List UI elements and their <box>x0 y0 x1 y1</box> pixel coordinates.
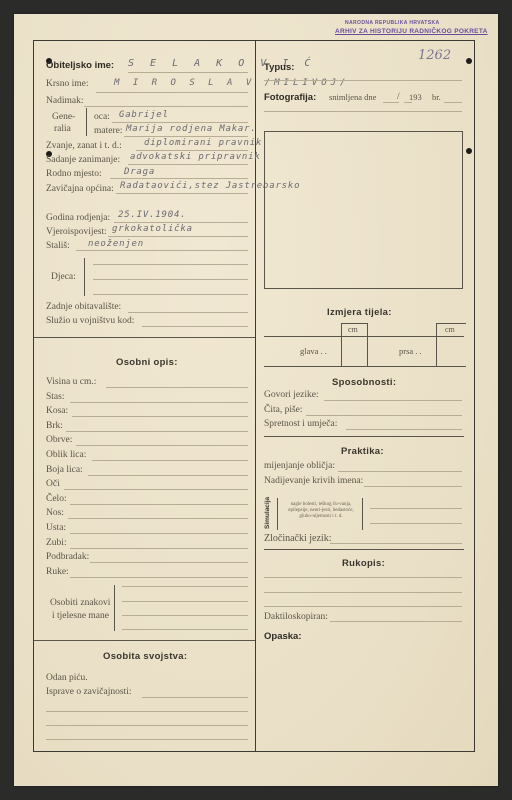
field-input-line[interactable] <box>70 577 248 578</box>
stamp-line-1: NARODNA REPUBLIKA HRVATSKA <box>345 20 439 26</box>
underline <box>122 601 248 602</box>
field-label: Kosa: <box>46 406 68 416</box>
underline <box>128 72 248 73</box>
head-unit: cm <box>348 325 358 334</box>
field-input-line[interactable] <box>364 486 462 487</box>
simulation-text: nagle bolesti, teškog ču-vanja, epilepsi… <box>282 502 360 520</box>
field-input-line[interactable] <box>72 416 248 417</box>
field-input-line[interactable] <box>106 387 248 388</box>
simulation-bracket-right <box>362 498 363 530</box>
religion-value[interactable]: grkokatolička <box>112 224 193 234</box>
field-input-line[interactable] <box>90 562 248 563</box>
underline <box>383 102 399 103</box>
generalia-bracket <box>86 108 87 136</box>
underline <box>136 150 248 151</box>
section-divider <box>264 549 464 550</box>
underline <box>110 178 248 179</box>
underline <box>370 523 462 524</box>
underline <box>264 80 462 81</box>
field-input-line[interactable] <box>70 533 248 534</box>
record-number: 1262 <box>418 48 451 63</box>
underline <box>122 629 248 630</box>
underline <box>264 111 462 112</box>
occupation-label: Zvanje, zanat i t. d.: <box>46 141 122 151</box>
underline <box>116 193 248 194</box>
special-marks-label-2: i tjelesne mane <box>52 611 109 621</box>
photo-year: 193 <box>409 92 422 102</box>
chest-label: prsa . . <box>399 346 422 356</box>
practice-title: Praktika: <box>341 446 384 457</box>
occupation-value[interactable]: diplomirani pravnik <box>144 138 262 148</box>
underline <box>46 725 248 726</box>
underline <box>84 106 248 107</box>
field-label: Podbradak: <box>46 552 89 562</box>
stamp-line-2: ARHIV ZA HISTORIJU RADNIČKOG POKRETA <box>335 28 488 35</box>
field-input-line[interactable] <box>66 431 248 432</box>
simulation-label: Simulacija <box>264 497 271 529</box>
field-label: Oblik lica: <box>46 450 86 460</box>
underline <box>264 592 462 593</box>
underline <box>96 92 248 93</box>
field-input-line[interactable] <box>70 402 248 403</box>
birth-year-label: Godina rodjenja: <box>46 213 110 223</box>
underline <box>124 136 248 137</box>
underline <box>370 508 462 509</box>
photo-number-label: br. <box>432 92 441 102</box>
underline <box>114 222 248 223</box>
status-label: Stališ: <box>46 241 70 251</box>
status-value[interactable]: neoženjen <box>88 239 144 249</box>
underline <box>264 606 462 607</box>
field-label: Boja lica: <box>46 465 83 475</box>
generalia-label-2: ralia <box>54 124 71 134</box>
field-label: mijenjanje obličja: <box>264 461 335 471</box>
type-label: Typus: <box>264 62 294 73</box>
field-label: Govori jezike: <box>264 390 319 400</box>
underline <box>142 697 248 698</box>
chest-unit: cm <box>445 325 455 334</box>
family-name-label: Obiteljsko ime: <box>46 60 114 71</box>
underline <box>128 164 248 165</box>
section-divider <box>34 640 255 641</box>
underline <box>404 102 412 103</box>
last-residence-label: Zadnje obitavalište: <box>46 302 121 312</box>
underline <box>46 739 248 740</box>
field-input-line[interactable] <box>70 548 248 549</box>
field-label: Nadijevanje krivih imena: <box>264 476 363 486</box>
mother-value[interactable]: Marija rodjena Makar. <box>126 124 257 134</box>
field-label: Čita, piše: <box>264 405 303 415</box>
field-input-line[interactable] <box>324 400 462 401</box>
birth-year-value[interactable]: 25.IV.1904. <box>118 210 186 220</box>
birthplace-label: Rodno mjesto: <box>46 169 102 179</box>
field-input-line[interactable] <box>92 460 248 461</box>
underline <box>330 543 462 544</box>
photo-label: Fotografija: <box>264 92 316 103</box>
field-label: Obrve: <box>46 435 72 445</box>
field-label: Spretnost i umječa: <box>264 419 337 429</box>
field-input-line[interactable] <box>346 429 462 430</box>
section-divider <box>264 436 464 437</box>
current-job-value[interactable]: advokatski pripravnik <box>130 152 261 162</box>
underline <box>108 236 248 237</box>
field-input-line[interactable] <box>68 518 248 519</box>
field-input-line[interactable] <box>338 471 462 472</box>
underline <box>93 279 248 280</box>
underline <box>122 586 248 587</box>
personal-description-title: Osobni opis: <box>116 357 178 368</box>
special-marks-bracket <box>114 585 115 631</box>
simulation-bracket-left <box>277 498 278 530</box>
father-label: oca: <box>94 112 110 122</box>
remark-label: Opaska: <box>264 631 302 642</box>
abilities-title: Sposobnosti: <box>332 377 396 388</box>
field-label: Zubi: <box>46 538 67 548</box>
field-input-line[interactable] <box>306 415 462 416</box>
home-municipality-label: Zavičajna općina: <box>46 184 114 194</box>
underline <box>112 122 248 123</box>
criminal-language-label: Zločinački jezik: <box>264 533 331 544</box>
underline <box>46 711 248 712</box>
field-input-line[interactable] <box>64 489 248 490</box>
measurements-title: Izmjera tijela: <box>327 307 392 318</box>
photo-date-sep: / <box>397 92 400 102</box>
birthplace-value[interactable]: Draga <box>124 167 155 177</box>
field-label: Nos: <box>46 508 64 518</box>
military-label: Služio u vojništvu kod: <box>46 316 134 326</box>
punch-hole-icon <box>466 58 472 64</box>
field-input-line[interactable] <box>76 445 248 446</box>
photo-taken-label: snimljena dne <box>329 92 376 102</box>
traits-title: Osobita svojstva: <box>103 651 187 662</box>
field-label: Brk: <box>46 421 63 431</box>
underline <box>128 312 248 313</box>
field-label: Čelo: <box>46 494 67 504</box>
religion-label: Vjeroispovijest: <box>46 227 107 237</box>
documents-label: Isprave o zavičajnosti: <box>46 687 131 697</box>
punch-hole-icon <box>466 148 472 154</box>
underline <box>444 102 462 103</box>
children-bracket <box>84 258 85 296</box>
underline <box>330 621 462 622</box>
underline <box>264 577 462 578</box>
underline <box>122 615 248 616</box>
given-name-label: Krsno ime: <box>46 79 88 89</box>
field-label: Oči <box>46 479 60 489</box>
field-input-line[interactable] <box>88 475 248 476</box>
underline <box>93 264 248 265</box>
photo-box <box>264 131 463 289</box>
head-label: glava . . <box>300 346 327 356</box>
underline <box>142 326 248 327</box>
handwriting-title: Rukopis: <box>342 558 385 569</box>
generalia-label-1: Gene- <box>52 112 75 122</box>
field-label: Visina u cm.: <box>46 377 96 387</box>
underline <box>93 294 248 295</box>
mother-label: matere: <box>94 126 122 136</box>
field-label: Ruke: <box>46 567 69 577</box>
current-job-label: Sadanje zanimanje: <box>46 155 120 165</box>
field-label: Usta: <box>46 523 66 533</box>
nickname-label: Nadimak: <box>46 96 83 106</box>
underline <box>76 250 248 251</box>
father-value[interactable]: Gabrijel <box>119 110 169 120</box>
fingerprinted-label: Daktiloskopiran: <box>264 612 328 622</box>
section-divider <box>34 337 255 338</box>
special-marks-label-1: Osobiti znakovi <box>50 598 110 608</box>
drinker-label: Odan piću. <box>46 673 88 683</box>
field-input-line[interactable] <box>70 504 248 505</box>
field-label: Stas: <box>46 392 64 402</box>
children-label: Djeca: <box>51 272 76 282</box>
